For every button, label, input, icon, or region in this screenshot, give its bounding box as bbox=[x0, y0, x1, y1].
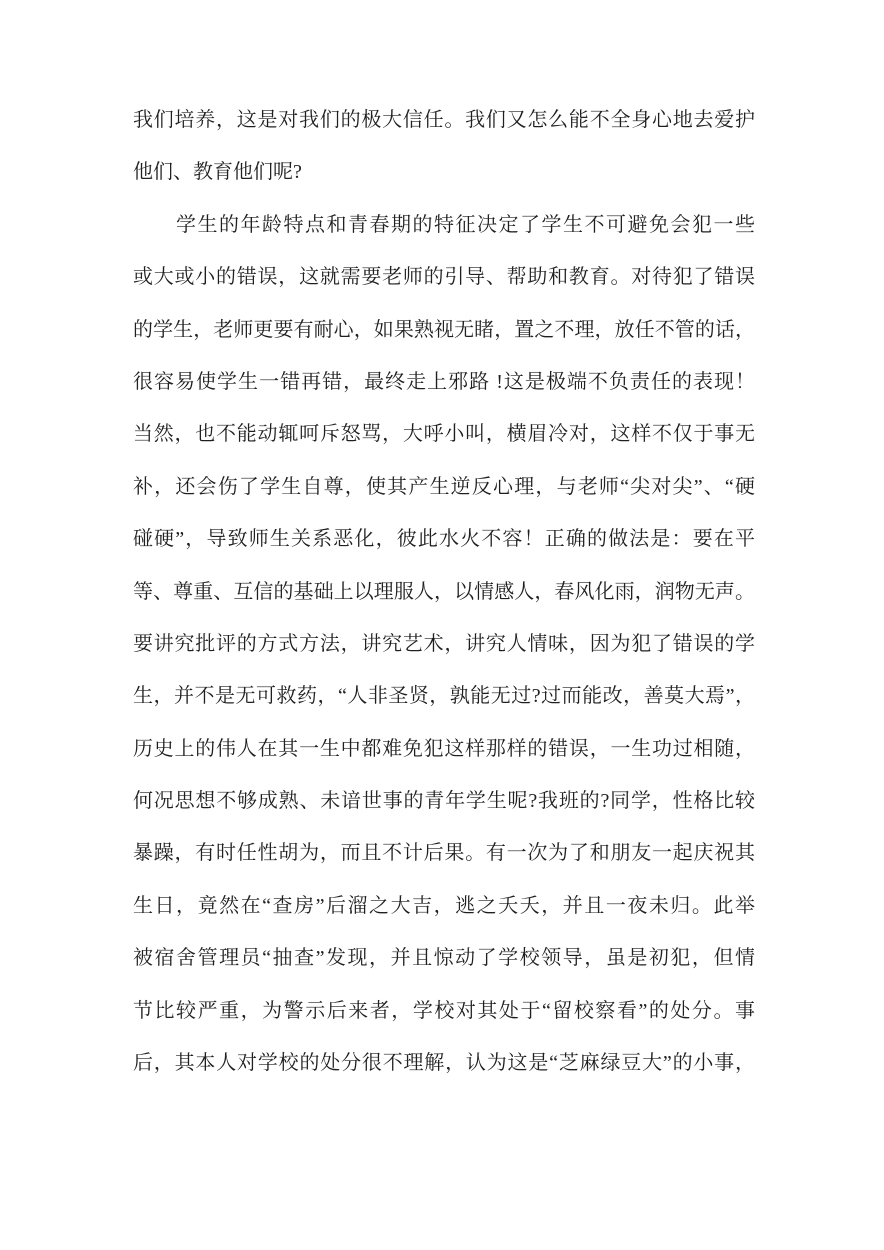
text-block: 我们培养，这是对我们的极大信任。我们又怎么能不全身心地去爱护 他们、教育他们呢?… bbox=[133, 94, 755, 1089]
text-line: 要讲究批评的方式方法，讲究艺术，讲究人情味，因为犯了错误的学 bbox=[133, 618, 755, 670]
text-line: 学生的年龄特点和青春期的特征决定了学生不可避免会犯一些 bbox=[133, 199, 755, 251]
text-line: 或大或小的错误，这就需要老师的引导、帮助和教育。对待犯了错误 bbox=[133, 251, 755, 303]
text-line: 补，还会伤了学生自尊，使其产生逆反心理，与老师“尖对尖”、“硬 bbox=[133, 461, 755, 513]
document-page: 我们培养，这是对我们的极大信任。我们又怎么能不全身心地去爱护 他们、教育他们呢?… bbox=[0, 0, 884, 1250]
text-line: 节比较严重，为警示后来者，学校对其处于“留校察看”的处分。事 bbox=[133, 985, 755, 1037]
text-line: 暴躁，有时任性胡为，而且不计后果。有一次为了和朋友一起庆祝其 bbox=[133, 827, 755, 879]
text-line: 很容易使学生一错再错，最终走上邪路 !这是极端不负责任的表现！ bbox=[133, 356, 755, 408]
text-line: 他们、教育他们呢? bbox=[133, 146, 755, 198]
text-line: 我们培养，这是对我们的极大信任。我们又怎么能不全身心地去爱护 bbox=[133, 94, 755, 146]
text-line: 的学生，老师更要有耐心，如果熟视无睹，置之不理，放任不管的话， bbox=[133, 304, 755, 356]
text-line: 碰硬”，导致师生关系恶化，彼此水火不容！正确的做法是：要在平 bbox=[133, 513, 755, 565]
text-line: 当然，也不能动辄呵斥怒骂，大呼小叫，横眉冷对，这样不仅于事无 bbox=[133, 408, 755, 460]
text-line: 后，其本人对学校的处分很不理解，认为这是“芝麻绿豆大”的小事， bbox=[133, 1037, 755, 1089]
text-line: 生日，竟然在“查房”后溜之大吉，逃之夭夭，并且一夜未归。此举 bbox=[133, 880, 755, 932]
text-line: 被宿舍管理员“抽查”发现，并且惊动了学校领导，虽是初犯，但情 bbox=[133, 932, 755, 984]
text-line: 生，并不是无可救药，“人非圣贤，孰能无过?过而能改，善莫大焉”， bbox=[133, 670, 755, 722]
text-line: 历史上的伟人在其一生中都难免犯这样那样的错误，一生功过相随， bbox=[133, 723, 755, 775]
text-line: 等、尊重、互信的基础上以理服人，以情感人，春风化雨，润物无声。 bbox=[133, 566, 755, 618]
text-line: 何况思想不够成熟、未谙世事的青年学生呢?我班的?同学，性格比较 bbox=[133, 775, 755, 827]
